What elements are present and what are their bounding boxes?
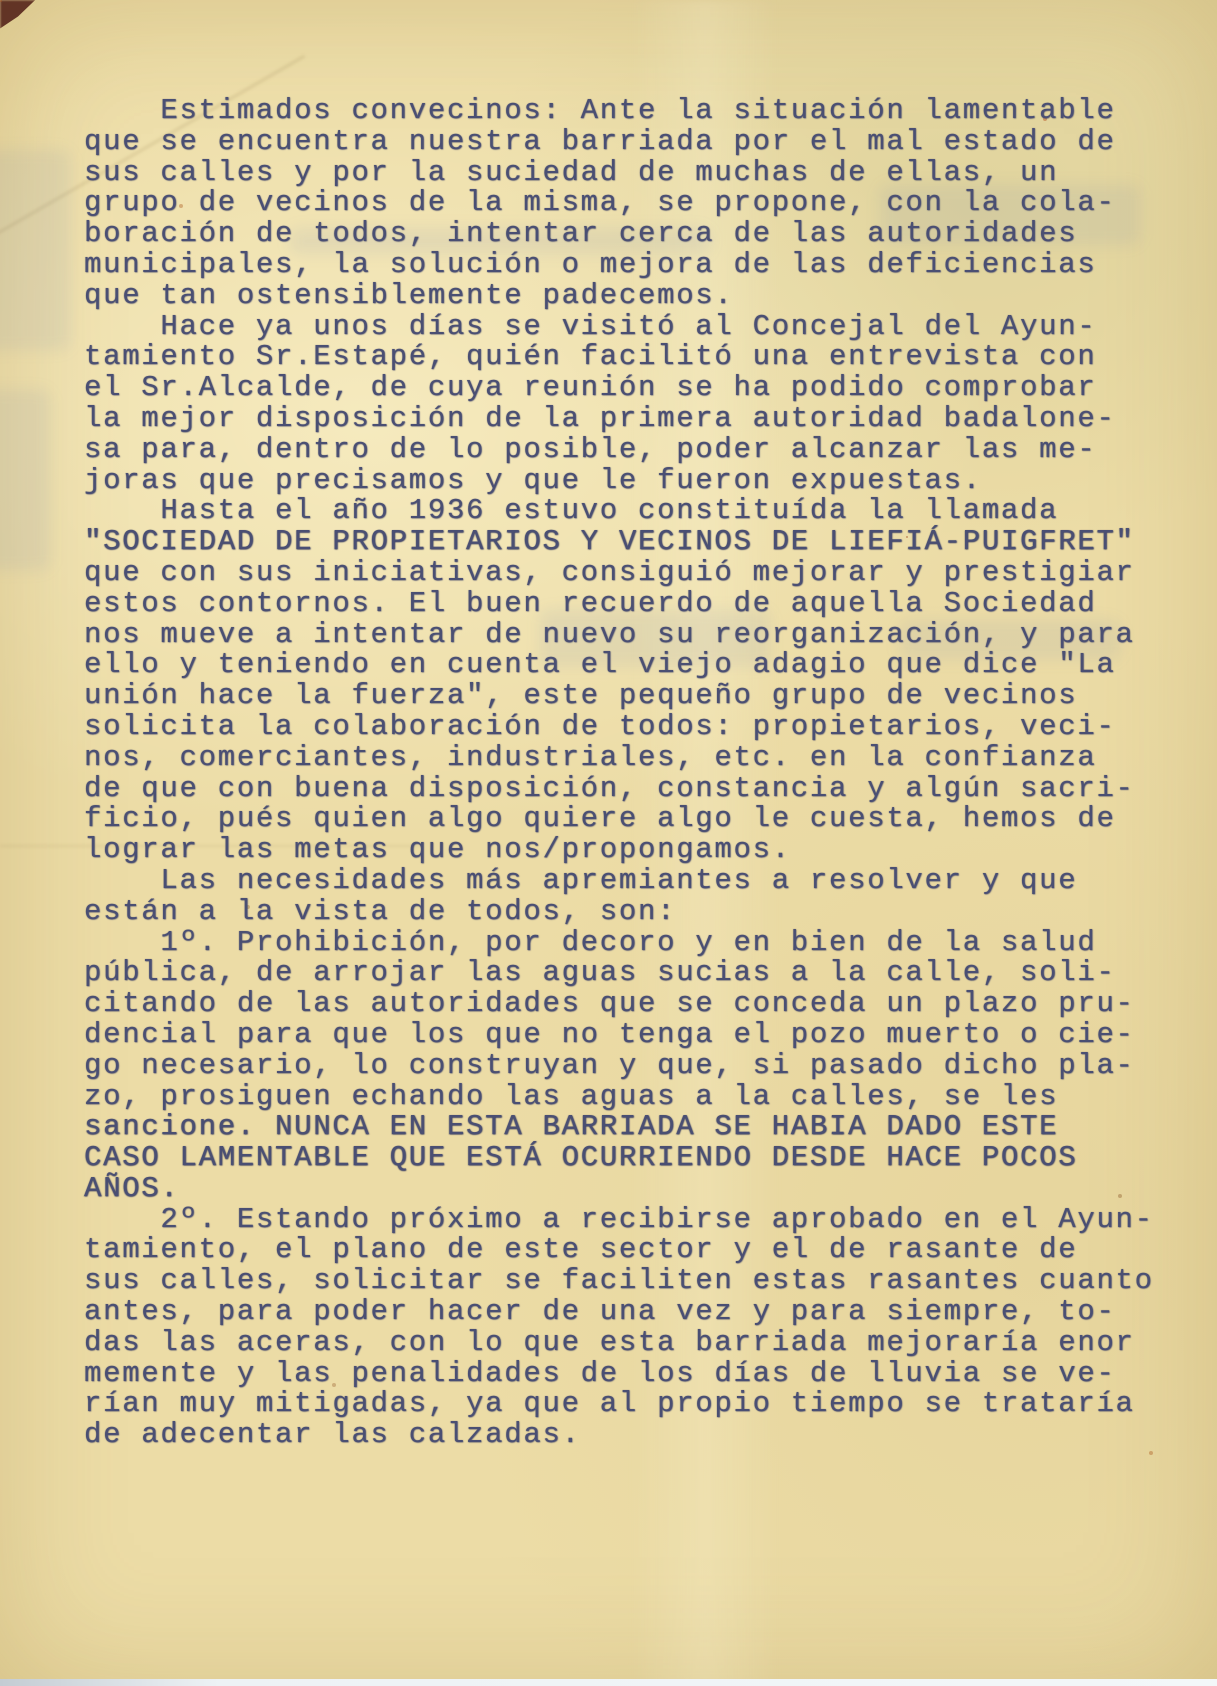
text-block: Estimados convecinos: Ante la situación … [84, 96, 1154, 1451]
text-line: están a la vista de todos, son: [84, 897, 1154, 928]
text-line: que se encuentra nuestra barriada por el… [84, 127, 1154, 158]
bleedthrough-smudge [0, 150, 70, 350]
text-line: citando de las autoridades que se conced… [84, 989, 1154, 1020]
text-line: antes, para poder hacer de una vez y par… [84, 1297, 1154, 1328]
text-line: Hasta el año 1936 estuvo constituída la … [84, 496, 1154, 527]
bleedthrough-smudge [0, 390, 50, 570]
text-line: das las aceras, con lo que esta barriada… [84, 1328, 1154, 1359]
text-line: zo, prosiguen echando las aguas a la cal… [84, 1082, 1154, 1113]
text-line: tamiento, el plano de este sector y el d… [84, 1235, 1154, 1266]
text-line: de que con buena disposición, constancia… [84, 774, 1154, 805]
text-line: estos contornos. El buen recuerdo de aqu… [84, 589, 1154, 620]
text-line: la mejor disposición de la primera autor… [84, 404, 1154, 435]
text-line: pública, de arrojar las aguas sucias a l… [84, 958, 1154, 989]
list-item-2-line: 2º. Estando próximo a recibirse aprobado… [84, 1205, 1154, 1236]
text-line: tamiento Sr.Estapé, quién facilitó una e… [84, 342, 1154, 373]
text-line: ello y teniendo en cuenta el viejo adagi… [84, 650, 1154, 681]
text-line: sus calles, solicitar se faciliten estas… [84, 1266, 1154, 1297]
text-line: solicita la colaboración de todos: propi… [84, 712, 1154, 743]
text-line: municipales, la solución o mejora de las… [84, 250, 1154, 281]
society-name-line: "SOCIEDAD DE PROPIETARIOS Y VECINOS DE L… [84, 527, 1154, 558]
text-line: unión hace la fuerza", este pequeño grup… [84, 681, 1154, 712]
text-line: joras que precisamos y que le fueron exp… [84, 466, 1154, 497]
text-line: dencial para que los que no tenga el poz… [84, 1020, 1154, 1051]
text-line: nos, comerciantes, industriales, etc. en… [84, 743, 1154, 774]
paper-specks [0, 0, 2, 2]
text-line: go necesario, lo construyan y que, si pa… [84, 1051, 1154, 1082]
text-line: sa para, dentro de lo posible, poder alc… [84, 435, 1154, 466]
emphasis-caps-line: AÑOS. [84, 1174, 1154, 1205]
text-line: lograr las metas que nos/propongamos. [84, 835, 1154, 866]
text-line: memente y las penalidades de los días de… [84, 1359, 1154, 1390]
scan-edge [0, 1679, 1217, 1686]
text-line: Hace ya unos días se visitó al Concejal … [84, 312, 1154, 343]
text-line: de adecentar las calzadas. [84, 1420, 1154, 1451]
corner-stain [0, 0, 40, 30]
text-line: que con sus iniciativas, consiguió mejor… [84, 558, 1154, 589]
text-line: ficio, pués quien algo quiere algo le cu… [84, 804, 1154, 835]
list-item-1-line: 1º. Prohibición, por decoro y en bien de… [84, 928, 1154, 959]
text-line: Las necesidades más apremiantes a resolv… [84, 866, 1154, 897]
document-page: Estimados convecinos: Ante la situación … [0, 0, 1217, 1686]
text-line: boración de todos, intentar cerca de las… [84, 219, 1154, 250]
text-line: que tan ostensiblemente padecemos. [84, 281, 1154, 312]
text-line: nos mueve a intentar de nuevo su reorgan… [84, 620, 1154, 651]
text-line: Estimados convecinos: Ante la situación … [84, 96, 1154, 127]
emphasis-caps-line: CASO LAMENTABLE QUE ESTÁ OCURRIENDO DESD… [84, 1143, 1154, 1174]
text-line: grupo de vecinos de la misma, se propone… [84, 188, 1154, 219]
emphasis-caps-line: sancione. NUNCA EN ESTA BARRIADA SE HABI… [84, 1112, 1154, 1143]
text-line: el Sr.Alcalde, de cuya reunión se ha pod… [84, 373, 1154, 404]
text-line: rían muy mitigadas, ya que al propio tie… [84, 1389, 1154, 1420]
text-line: sus calles y por la suciedad de muchas d… [84, 158, 1154, 189]
